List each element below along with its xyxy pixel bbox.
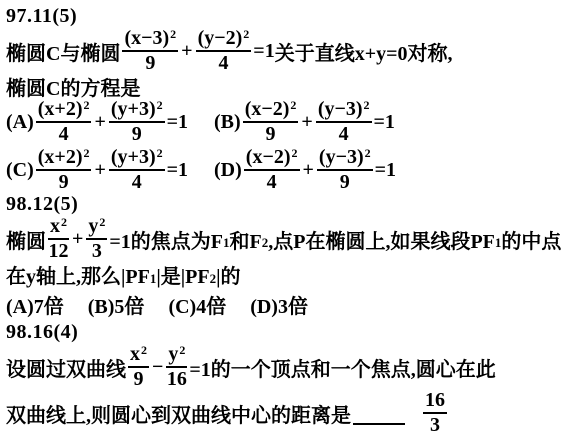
exponent: 2 (243, 27, 249, 41)
option-B: (B)5倍 (88, 290, 145, 319)
fraction-denominator: 9 (266, 123, 276, 145)
plus-operator: + (94, 159, 105, 182)
problem-header: 98.12(5) (6, 193, 579, 216)
problem-98-16: 98.16(4) 设圆过双曲线 x2 9 − y2 16 =1的一个顶点和一个焦… (6, 321, 579, 433)
subscript: 1 (150, 271, 157, 287)
fraction-numerator: (x−2)2 (243, 99, 299, 123)
option-A: (A) (x+2)2 4 + (y+3)2 9 =1 (6, 99, 188, 145)
answer-fraction: 16 3 (423, 390, 447, 433)
option-label: (A) (6, 111, 34, 134)
subscript: 2 (210, 271, 217, 287)
fraction-y-term: (y+3)2 9 (109, 99, 165, 145)
fraction-denominator: 3 (92, 240, 102, 262)
fraction-denominator: 4 (59, 123, 69, 145)
option-C: (C)4倍 (168, 290, 226, 319)
fraction-x-term: x2 12 (48, 216, 69, 262)
stem-text: 设圆过双曲线 (6, 353, 126, 382)
equals-one: =1 (253, 40, 274, 63)
problem-header: 98.16(4) (6, 321, 579, 344)
stem-text: =1的一个顶点和一个焦点,圆心在此 (189, 353, 495, 382)
fraction-x-term: x2 9 (128, 344, 149, 390)
fraction-denominator: 4 (339, 123, 349, 145)
fraction-denominator: 9 (145, 52, 155, 74)
exponent: 2 (290, 98, 296, 112)
exponent: 2 (83, 146, 89, 160)
numerator-base: (x+2) (38, 146, 83, 168)
numerator-base: (x−2) (246, 146, 291, 168)
stem-text: |的 (216, 260, 240, 289)
subscript: 2 (262, 235, 269, 251)
fraction-numerator: 16 (423, 390, 447, 414)
fraction-numerator: (y+3)2 (109, 147, 165, 171)
fraction-denominator: 4 (132, 171, 142, 193)
fraction-denominator: 9 (59, 171, 69, 193)
fraction-numerator: (x+2)2 (36, 99, 92, 123)
fraction-y-term: (y−3)2 4 (316, 99, 372, 145)
fraction-x-term: (x+2)2 4 (36, 99, 92, 145)
numerator-base: (y−3) (319, 146, 364, 168)
exponent: 2 (61, 215, 67, 229)
numerator-base: (x+2) (38, 98, 83, 120)
options-row-cd: (C) (x+2)2 9 + (y+3)2 4 =1 (D) (x−2)2 4 (6, 147, 579, 193)
problem-97-11: 97.11(5) 椭圆C与椭圆 (x−3)2 9 + (y−2)2 4 =1 关… (6, 5, 579, 193)
stem-text: 在y轴上,那么|PF (6, 260, 150, 289)
numerator-base: x (130, 343, 140, 365)
option-label: (D) (214, 159, 242, 182)
fraction-y-term: (y+3)2 4 (109, 147, 165, 193)
fraction-y-term: y2 16 (166, 344, 187, 390)
numerator-base: (x−3) (124, 27, 169, 49)
fraction-numerator: (x−3)2 (122, 28, 178, 52)
fraction-denominator: 9 (340, 171, 350, 193)
subscript: 1 (223, 235, 230, 251)
stem-text: 椭圆C与椭圆 (6, 37, 120, 66)
fraction-numerator: y2 (86, 216, 107, 240)
stem-text: 椭圆 (6, 225, 46, 254)
exponent: 2 (365, 146, 371, 160)
fraction-numerator: x2 (48, 216, 69, 240)
stem-text: 的中点 (501, 225, 561, 254)
plus-operator: + (301, 111, 312, 134)
fraction-numerator: (y−3)2 (316, 99, 372, 123)
exponent: 2 (292, 146, 298, 160)
problem-statement-line1: 设圆过双曲线 x2 9 − y2 16 =1的一个顶点和一个焦点,圆心在此 (6, 344, 579, 390)
exponent: 2 (364, 98, 370, 112)
problem-statement-line1: 椭圆 x2 12 + y2 3 =1的焦点为F1和F2,点P在椭圆上,如果线段P… (6, 216, 579, 262)
fraction-x-term: (x+2)2 9 (36, 147, 92, 193)
problem-statement-line2: 双曲线上,则圆心到双曲线中心的距离是 16 3 (6, 390, 579, 433)
fraction-x-term: (x−2)2 4 (244, 147, 300, 193)
fraction-x-term: (x−2)2 9 (243, 99, 299, 145)
option-A: (A)7倍 (6, 290, 64, 319)
option-B: (B) (x−2)2 9 + (y−3)2 4 =1 (214, 99, 395, 145)
fraction-numerator: (y−2)2 (196, 28, 252, 52)
answer-blank (353, 402, 405, 425)
fraction-numerator: (x+2)2 (36, 147, 92, 171)
option-C: (C) (x+2)2 9 + (y+3)2 4 =1 (6, 147, 188, 193)
plus-operator: + (94, 111, 105, 134)
fraction-denominator: 3 (430, 414, 440, 433)
minus-operator: − (152, 356, 163, 379)
problem-statement-line2: 在y轴上,那么|PF1|是|PF2|的 (6, 262, 579, 287)
problem-header: 97.11(5) (6, 5, 579, 28)
numerator-base: (y−2) (198, 27, 243, 49)
numerator-base: (y+3) (111, 146, 156, 168)
fraction-numerator: (y−3)2 (317, 147, 373, 171)
fraction-numerator: x2 (128, 344, 149, 368)
stem-text: =1的焦点为F (109, 225, 223, 254)
numerator-base: (y+3) (111, 98, 156, 120)
equals-one: =1 (374, 111, 395, 134)
equals-one: =1 (375, 159, 396, 182)
options-row: (A)7倍 (B)5倍 (C)4倍 (D)3倍 (6, 292, 579, 317)
numerator-base: y (88, 215, 98, 237)
fraction-denominator: 12 (49, 240, 69, 262)
numerator-base: 16 (425, 389, 445, 411)
fraction-y-term: (y−2)2 4 (196, 28, 252, 74)
stem-text: |是|PF (156, 260, 209, 289)
equals-one: =1 (167, 159, 188, 182)
plus-operator: + (181, 40, 192, 63)
exponent: 2 (157, 146, 163, 160)
fraction-denominator: 9 (134, 368, 144, 390)
exponent: 2 (179, 343, 185, 357)
numerator-base: (y−3) (318, 98, 363, 120)
option-D: (D) (x−2)2 4 + (y−3)2 9 =1 (214, 147, 396, 193)
exponent: 2 (83, 98, 89, 112)
numerator-base: (x−2) (245, 98, 290, 120)
exponent: 2 (170, 27, 176, 41)
fraction-y-term: (y−3)2 9 (317, 147, 373, 193)
fraction-x-term: (x−3)2 9 (122, 28, 178, 74)
fraction-numerator: (x−2)2 (244, 147, 300, 171)
fraction-y-term: y2 3 (86, 216, 107, 262)
stem-text: 双曲线上,则圆心到双曲线中心的距离是 (6, 399, 351, 428)
options-row-ab: (A) (x+2)2 4 + (y+3)2 9 =1 (B) (x−2)2 9 (6, 99, 579, 145)
numerator-base: y (168, 343, 178, 365)
stem-text: 椭圆C的方程是 (6, 72, 140, 101)
fraction-denominator: 9 (132, 123, 142, 145)
problem-statement-line1: 椭圆C与椭圆 (x−3)2 9 + (y−2)2 4 =1 关于直线x+y=0对… (6, 28, 579, 74)
numerator-base: x (50, 215, 60, 237)
fraction-numerator: y2 (166, 344, 187, 368)
exponent: 2 (141, 343, 147, 357)
plus-operator: + (303, 159, 314, 182)
problem-statement-line2: 椭圆C的方程是 (6, 74, 579, 99)
subscript: 1 (495, 235, 502, 251)
stem-text: 关于直线x+y=0对称, (275, 37, 453, 66)
stem-text: ,点P在椭圆上,如果线段PF (268, 225, 495, 254)
option-label: (B) (214, 111, 241, 134)
exponent: 2 (99, 215, 105, 229)
fraction-denominator: 16 (167, 368, 187, 390)
problem-98-12: 98.12(5) 椭圆 x2 12 + y2 3 =1的焦点为F1和F2,点P在… (6, 193, 579, 317)
equals-one: =1 (167, 111, 188, 134)
option-label: (C) (6, 159, 34, 182)
fraction-numerator: (y+3)2 (109, 99, 165, 123)
stem-text: 和F (230, 225, 262, 254)
option-D: (D)3倍 (250, 290, 308, 319)
fraction-denominator: 4 (267, 171, 277, 193)
plus-operator: + (72, 228, 83, 251)
exponent: 2 (157, 98, 163, 112)
fraction-denominator: 4 (218, 52, 228, 74)
document-page: 97.11(5) 椭圆C与椭圆 (x−3)2 9 + (y−2)2 4 =1 关… (0, 0, 579, 433)
